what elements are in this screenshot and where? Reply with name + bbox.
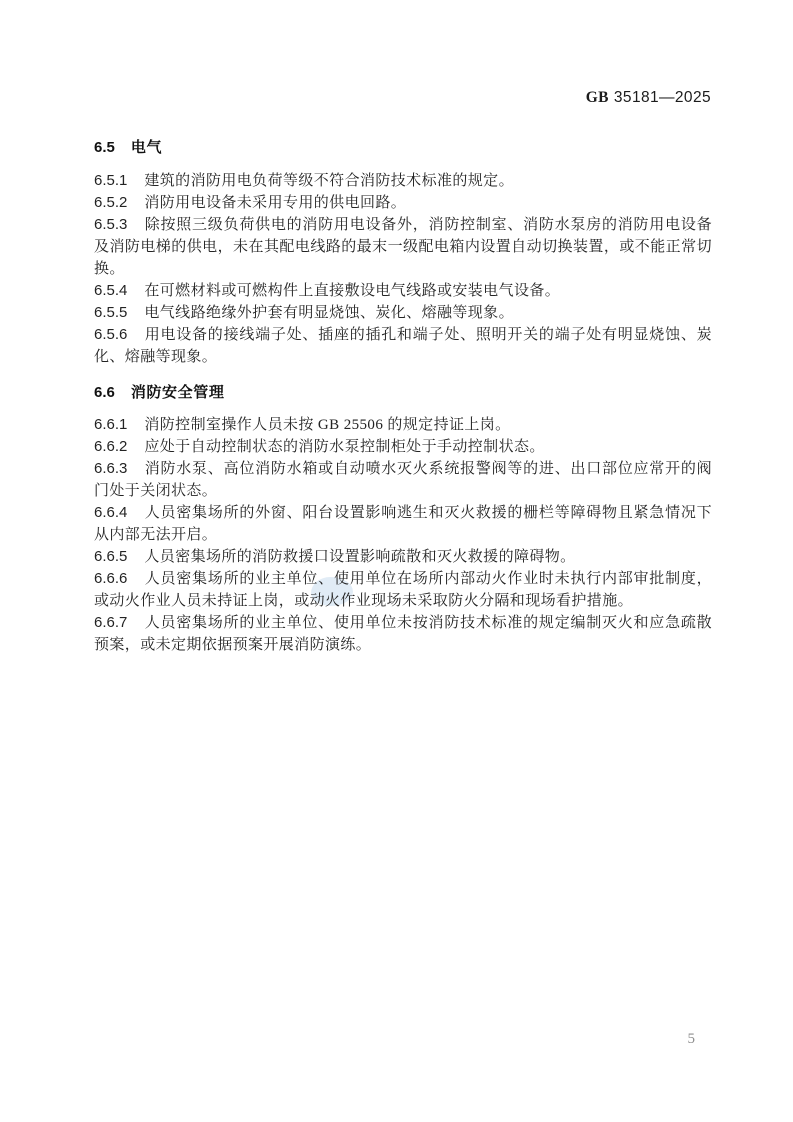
clause-number: 6.6.3	[94, 460, 127, 477]
clause-text: 电气线路绝缘外护套有明显烧蚀、炭化、熔融等现象。	[144, 305, 514, 321]
section-number: 6.6	[94, 384, 115, 401]
clause-text: 除按照三级负荷供电的消防用电设备外，消防控制室、消防水泵房的消防用电设备及消防电…	[94, 217, 712, 277]
section: 6.6消防安全管理 6.6.1消防控制室操作人员未按 GB 25506 的规定持…	[94, 382, 712, 656]
clause-text: 建筑的消防用电负荷等级不符合消防技术标准的规定。	[144, 173, 514, 189]
clause-item: 6.5.5电气线路绝缘外护套有明显烧蚀、炭化、熔融等现象。	[94, 302, 712, 324]
clause-item: 6.6.4人员密集场所的外窗、阳台设置影响逃生和灭火救援的栅栏等障碍物且紧急情况…	[94, 502, 712, 546]
clause-number: 6.6.4	[94, 504, 127, 521]
clause-text: 人员密集场所的业主单位、使用单位在场所内部动火作业时未执行内部审批制度，或动火作…	[94, 571, 712, 609]
section-heading: 6.5电气	[94, 137, 712, 159]
clause-item: 6.5.3除按照三级负荷供电的消防用电设备外，消防控制室、消防水泵房的消防用电设…	[94, 214, 712, 280]
clause-text: 消防控制室操作人员未按 GB 25506 的规定持证上岗。	[144, 417, 510, 433]
clause-item: 6.5.2消防用电设备未采用专用的供电回路。	[94, 192, 712, 214]
clause-text: 应处于自动控制状态的消防水泵控制柜处于手动控制状态。	[144, 439, 544, 455]
clause-item: 6.6.1消防控制室操作人员未按 GB 25506 的规定持证上岗。	[94, 414, 712, 436]
clause-number: 6.6.7	[94, 614, 127, 631]
section: 6.5电气 6.5.1建筑的消防用电负荷等级不符合消防技术标准的规定。 6.5.…	[94, 137, 712, 368]
clause-number: 6.5.1	[94, 172, 127, 189]
clause-text: 在可燃材料或可燃构件上直接敷设电气线路或安装电气设备。	[144, 283, 560, 299]
clause-number: 6.5.5	[94, 304, 127, 321]
document-body: 6.5电气 6.5.1建筑的消防用电负荷等级不符合消防技术标准的规定。 6.5.…	[94, 137, 712, 656]
standard-prefix: GB	[586, 89, 609, 106]
clause-text: 消防用电设备未采用专用的供电回路。	[144, 195, 406, 211]
clause-item: 6.5.4在可燃材料或可燃构件上直接敷设电气线路或安装电气设备。	[94, 280, 712, 302]
section-heading: 6.6消防安全管理	[94, 382, 712, 404]
clause-number: 6.6.1	[94, 416, 127, 433]
clause-number: 6.6.6	[94, 570, 127, 587]
clause-number: 6.5.2	[94, 194, 127, 211]
clause-number: 6.5.3	[94, 216, 127, 233]
clause-item: 6.6.3消防水泵、高位消防水箱或自动喷水灭火系统报警阀等的进、出口部位应常开的…	[94, 458, 712, 502]
clause-number: 6.6.2	[94, 438, 127, 455]
clause-item: 6.6.5人员密集场所的消防救援口设置影响疏散和灭火救援的障碍物。	[94, 546, 712, 568]
standard-number: 35181—2025	[614, 89, 711, 106]
clause-item: 6.5.1建筑的消防用电负荷等级不符合消防技术标准的规定。	[94, 170, 712, 192]
clause-text: 用电设备的接线端子处、插座的插孔和端子处、照明开关的端子处有明显烧蚀、炭化、熔融…	[94, 327, 712, 365]
document-page: GB35181—2025 6.5电气 6.5.1建筑的消防用电负荷等级不符合消防…	[0, 0, 793, 1122]
clause-item: 6.6.2应处于自动控制状态的消防水泵控制柜处于手动控制状态。	[94, 436, 712, 458]
section-number: 6.5	[94, 139, 115, 156]
standard-number-header: GB35181—2025	[94, 88, 711, 108]
clause-number: 6.5.6	[94, 326, 127, 343]
page-number: 5	[688, 1029, 696, 1049]
clause-number: 6.5.4	[94, 282, 127, 299]
clause-text: 消防水泵、高位消防水箱或自动喷水灭火系统报警阀等的进、出口部位应常开的阀门处于关…	[94, 461, 712, 499]
section-title: 电气	[131, 139, 162, 156]
clause-number: 6.6.5	[94, 548, 127, 565]
section-title: 消防安全管理	[131, 384, 225, 401]
clause-item: 6.6.7人员密集场所的业主单位、使用单位未按消防技术标准的规定编制灭火和应急疏…	[94, 612, 712, 656]
clause-item: 6.6.6人员密集场所的业主单位、使用单位在场所内部动火作业时未执行内部审批制度…	[94, 568, 712, 612]
clause-text: 人员密集场所的外窗、阳台设置影响逃生和灭火救援的栅栏等障碍物且紧急情况下从内部无…	[94, 505, 712, 543]
clause-item: 6.5.6用电设备的接线端子处、插座的插孔和端子处、照明开关的端子处有明显烧蚀、…	[94, 324, 712, 368]
clause-text: 人员密集场所的消防救援口设置影响疏散和灭火救援的障碍物。	[144, 549, 575, 565]
clause-text: 人员密集场所的业主单位、使用单位未按消防技术标准的规定编制灭火和应急疏散预案，或…	[94, 615, 712, 653]
